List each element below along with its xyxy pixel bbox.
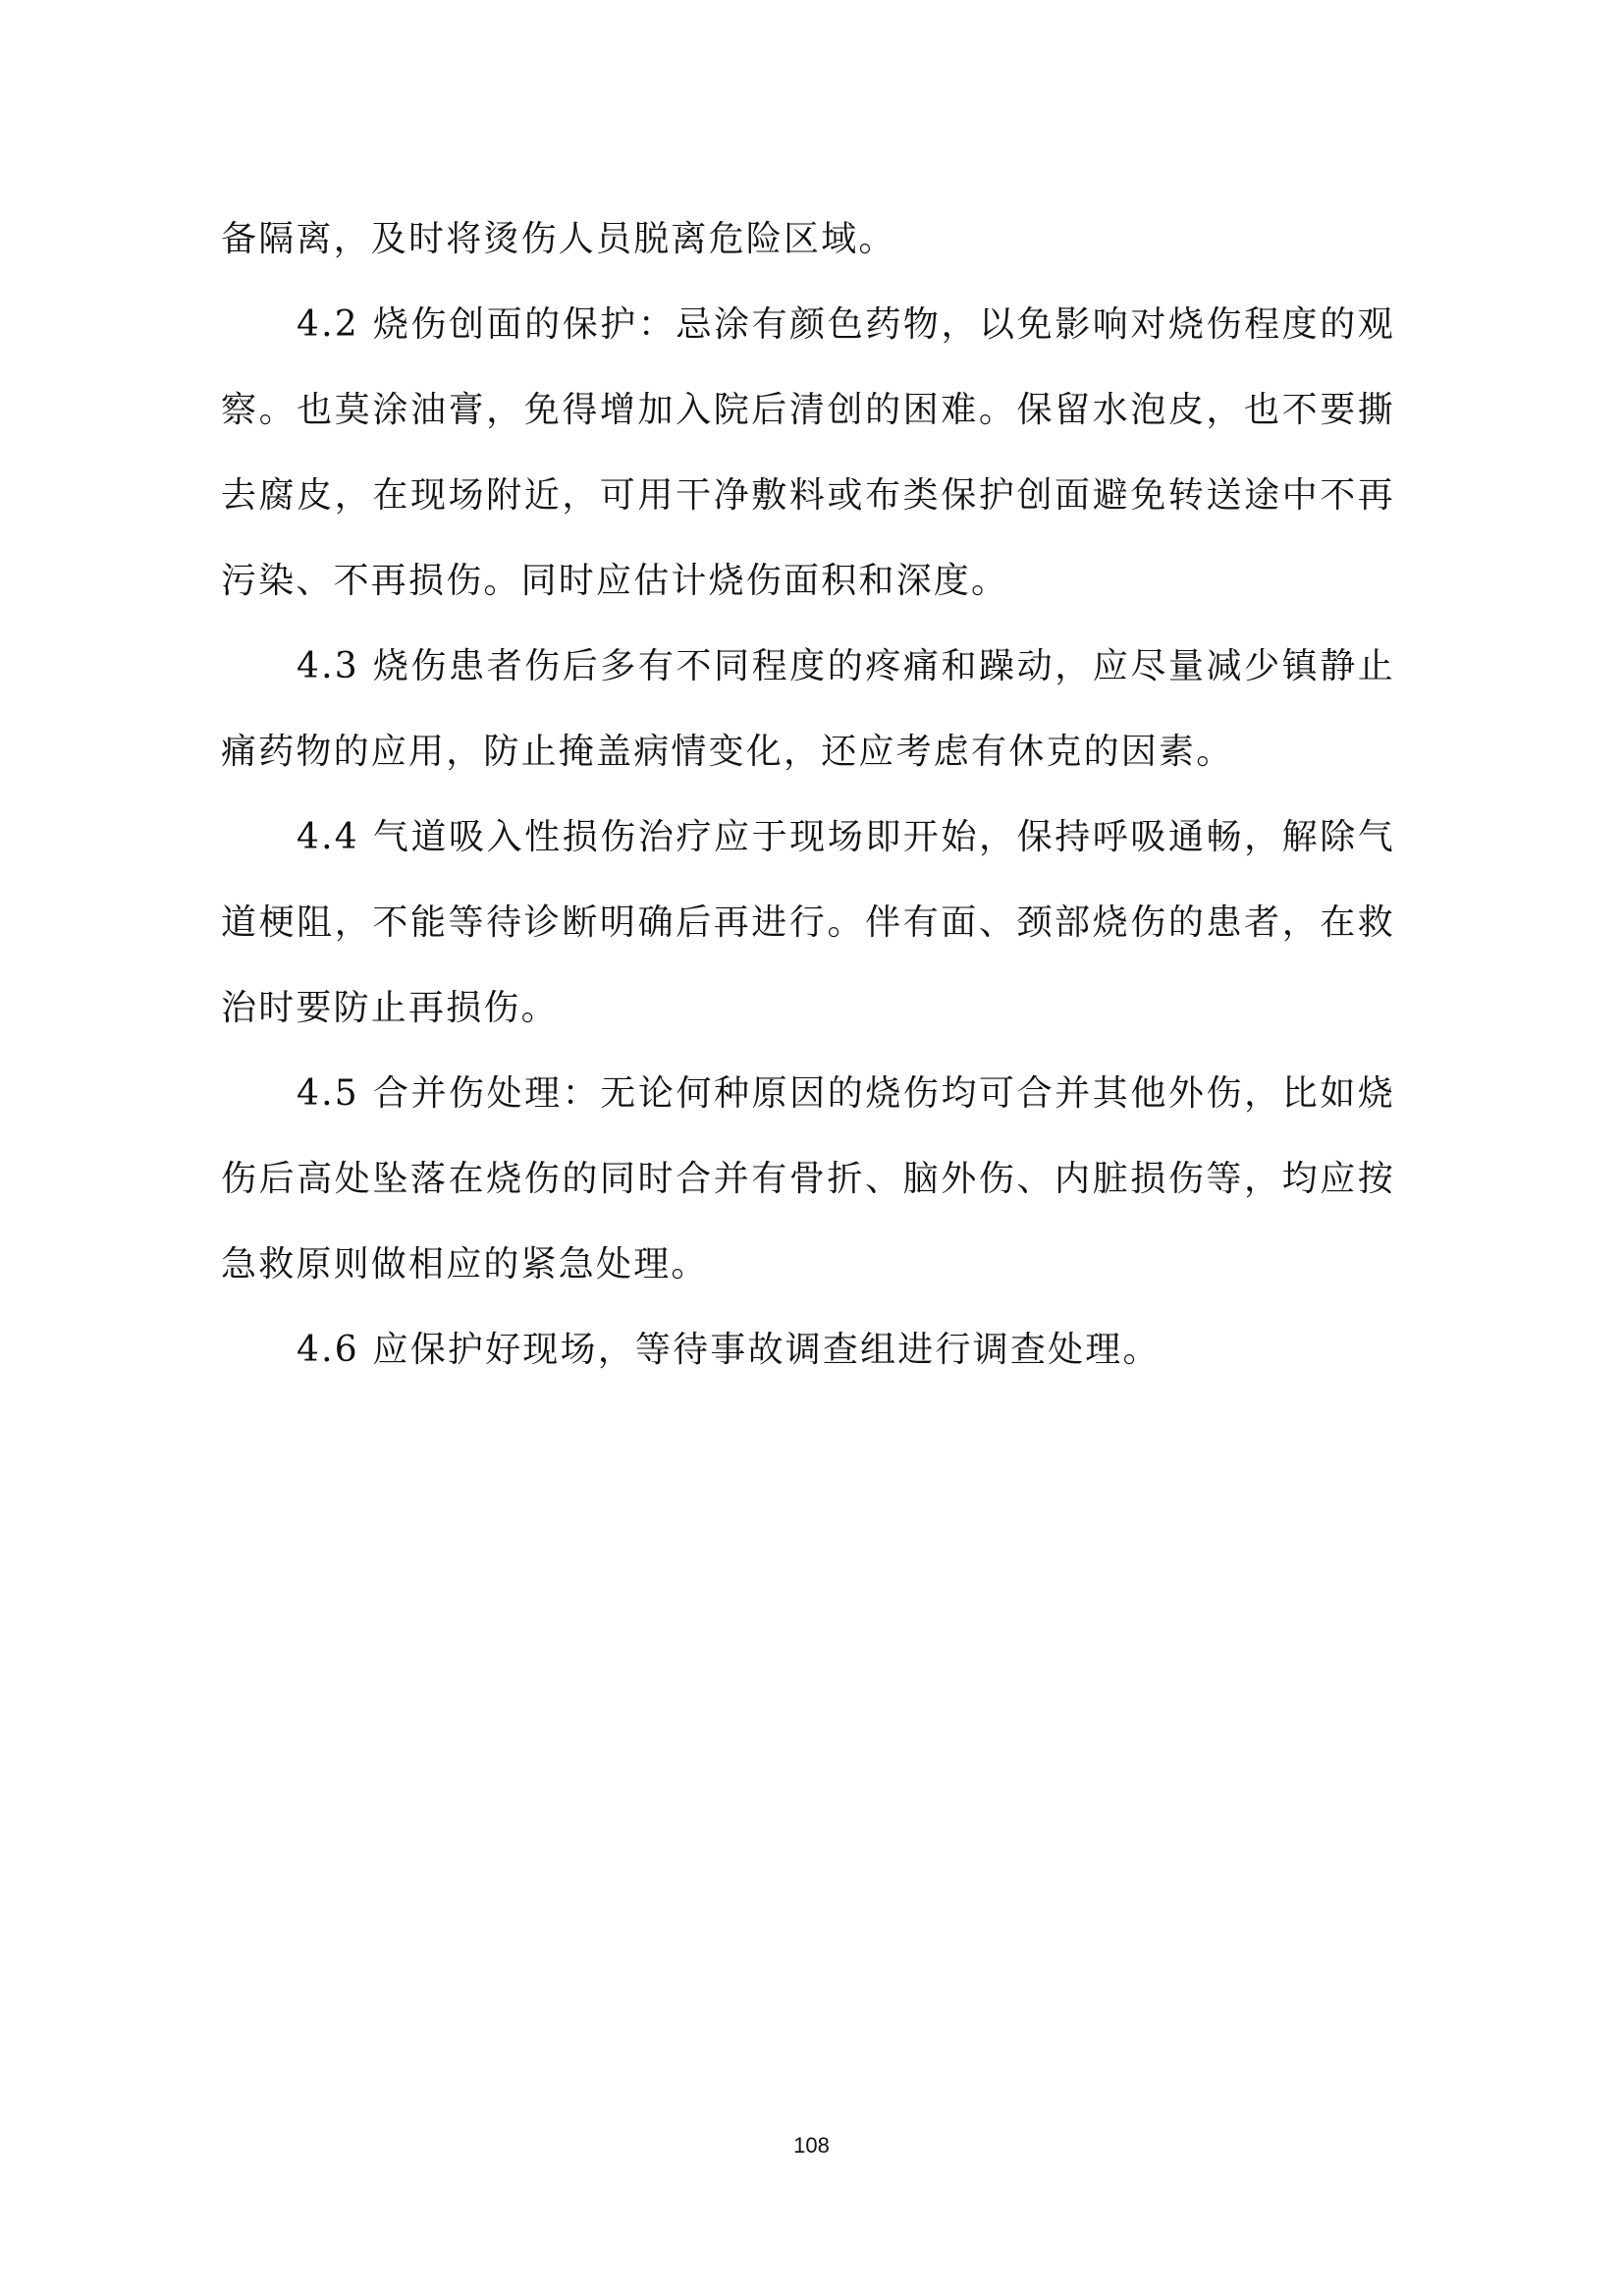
paragraph-4-4-airway-injury: 4.4 气道吸入性损伤治疗应于现场即开始，保持呼吸通畅，解除气道梗阻，不能等待诊… xyxy=(221,794,1395,1051)
paragraph-4-3-pain-management: 4.3 烧伤患者伤后多有不同程度的疼痛和躁动，应尽量减少镇静止痛药物的应用，防止… xyxy=(221,624,1395,794)
page-number: 108 xyxy=(0,2133,1623,2159)
body-text: 备隔离，及时将烫伤人员脱离危险区域。 4.2 烧伤创面的保护：忌涂有颜色药物，以… xyxy=(221,196,1395,1393)
paragraph-4-2-wound-protection: 4.2 烧伤创面的保护：忌涂有颜色药物，以免影响对烧伤程度的观察。也莫涂油膏，免… xyxy=(221,282,1395,624)
paragraph-4-6-protect-scene: 4.6 应保护好现场，等待事故调查组进行调查处理。 xyxy=(221,1307,1395,1393)
paragraph-continuation: 备隔离，及时将烫伤人员脱离危险区域。 xyxy=(221,196,1395,282)
paragraph-4-5-combined-injury: 4.5 合并伤处理：无论何种原因的烧伤均可合并其他外伤，比如烧伤后高处坠落在烧伤… xyxy=(221,1051,1395,1307)
document-page: 备隔离，及时将烫伤人员脱离危险区域。 4.2 烧伤创面的保护：忌涂有颜色药物，以… xyxy=(0,0,1623,2296)
